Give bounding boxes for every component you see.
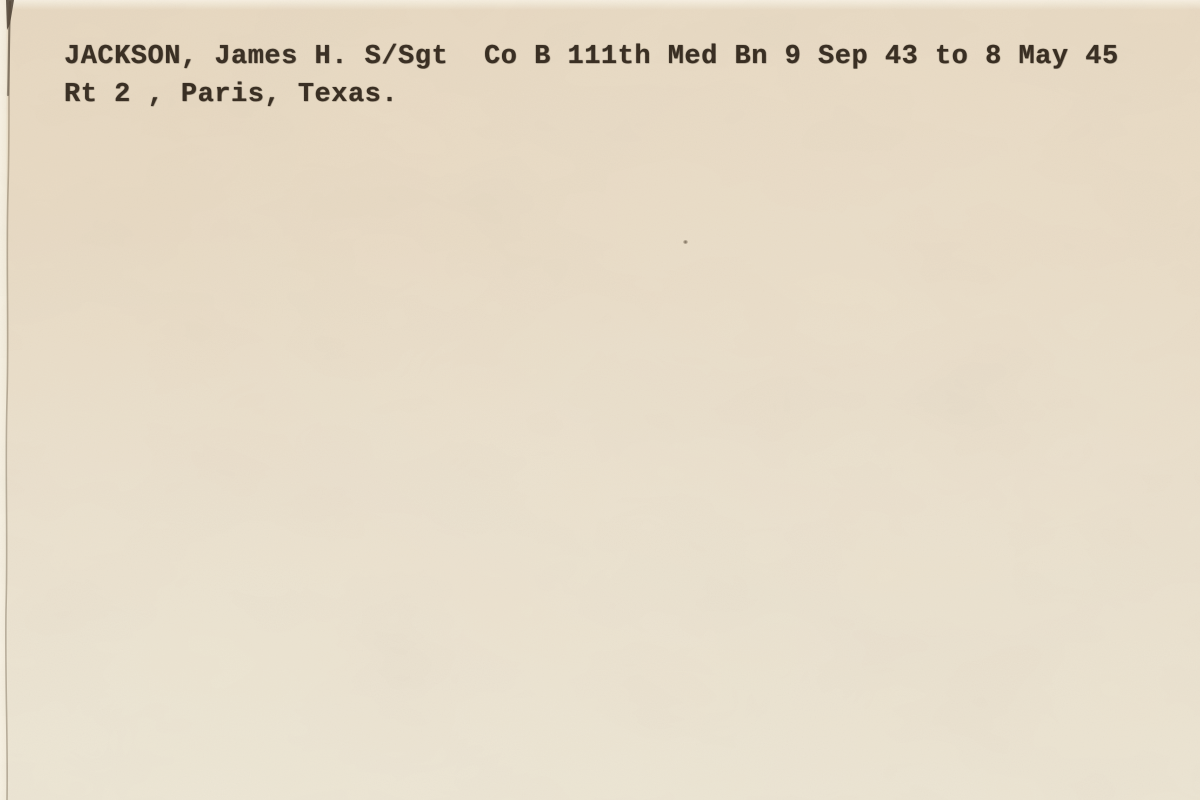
name-rank-text: JACKSON, James H. S/Sgt bbox=[64, 44, 448, 71]
paper-grain-texture bbox=[0, 0, 1200, 800]
card-left-edge-tear bbox=[0, 0, 1200, 800]
paper-speck bbox=[683, 240, 688, 244]
index-card: JACKSON, James H. S/Sgt Co B 111th Med B… bbox=[0, 0, 1200, 800]
address-text: Rt 2 , Paris, Texas. bbox=[64, 82, 398, 109]
scan-top-edge-highlight bbox=[0, 0, 1200, 10]
card-left-edge bbox=[0, 0, 8, 800]
unit-service-dates-text: Co B 111th Med Bn 9 Sep 43 to 8 May 45 bbox=[484, 44, 1119, 71]
